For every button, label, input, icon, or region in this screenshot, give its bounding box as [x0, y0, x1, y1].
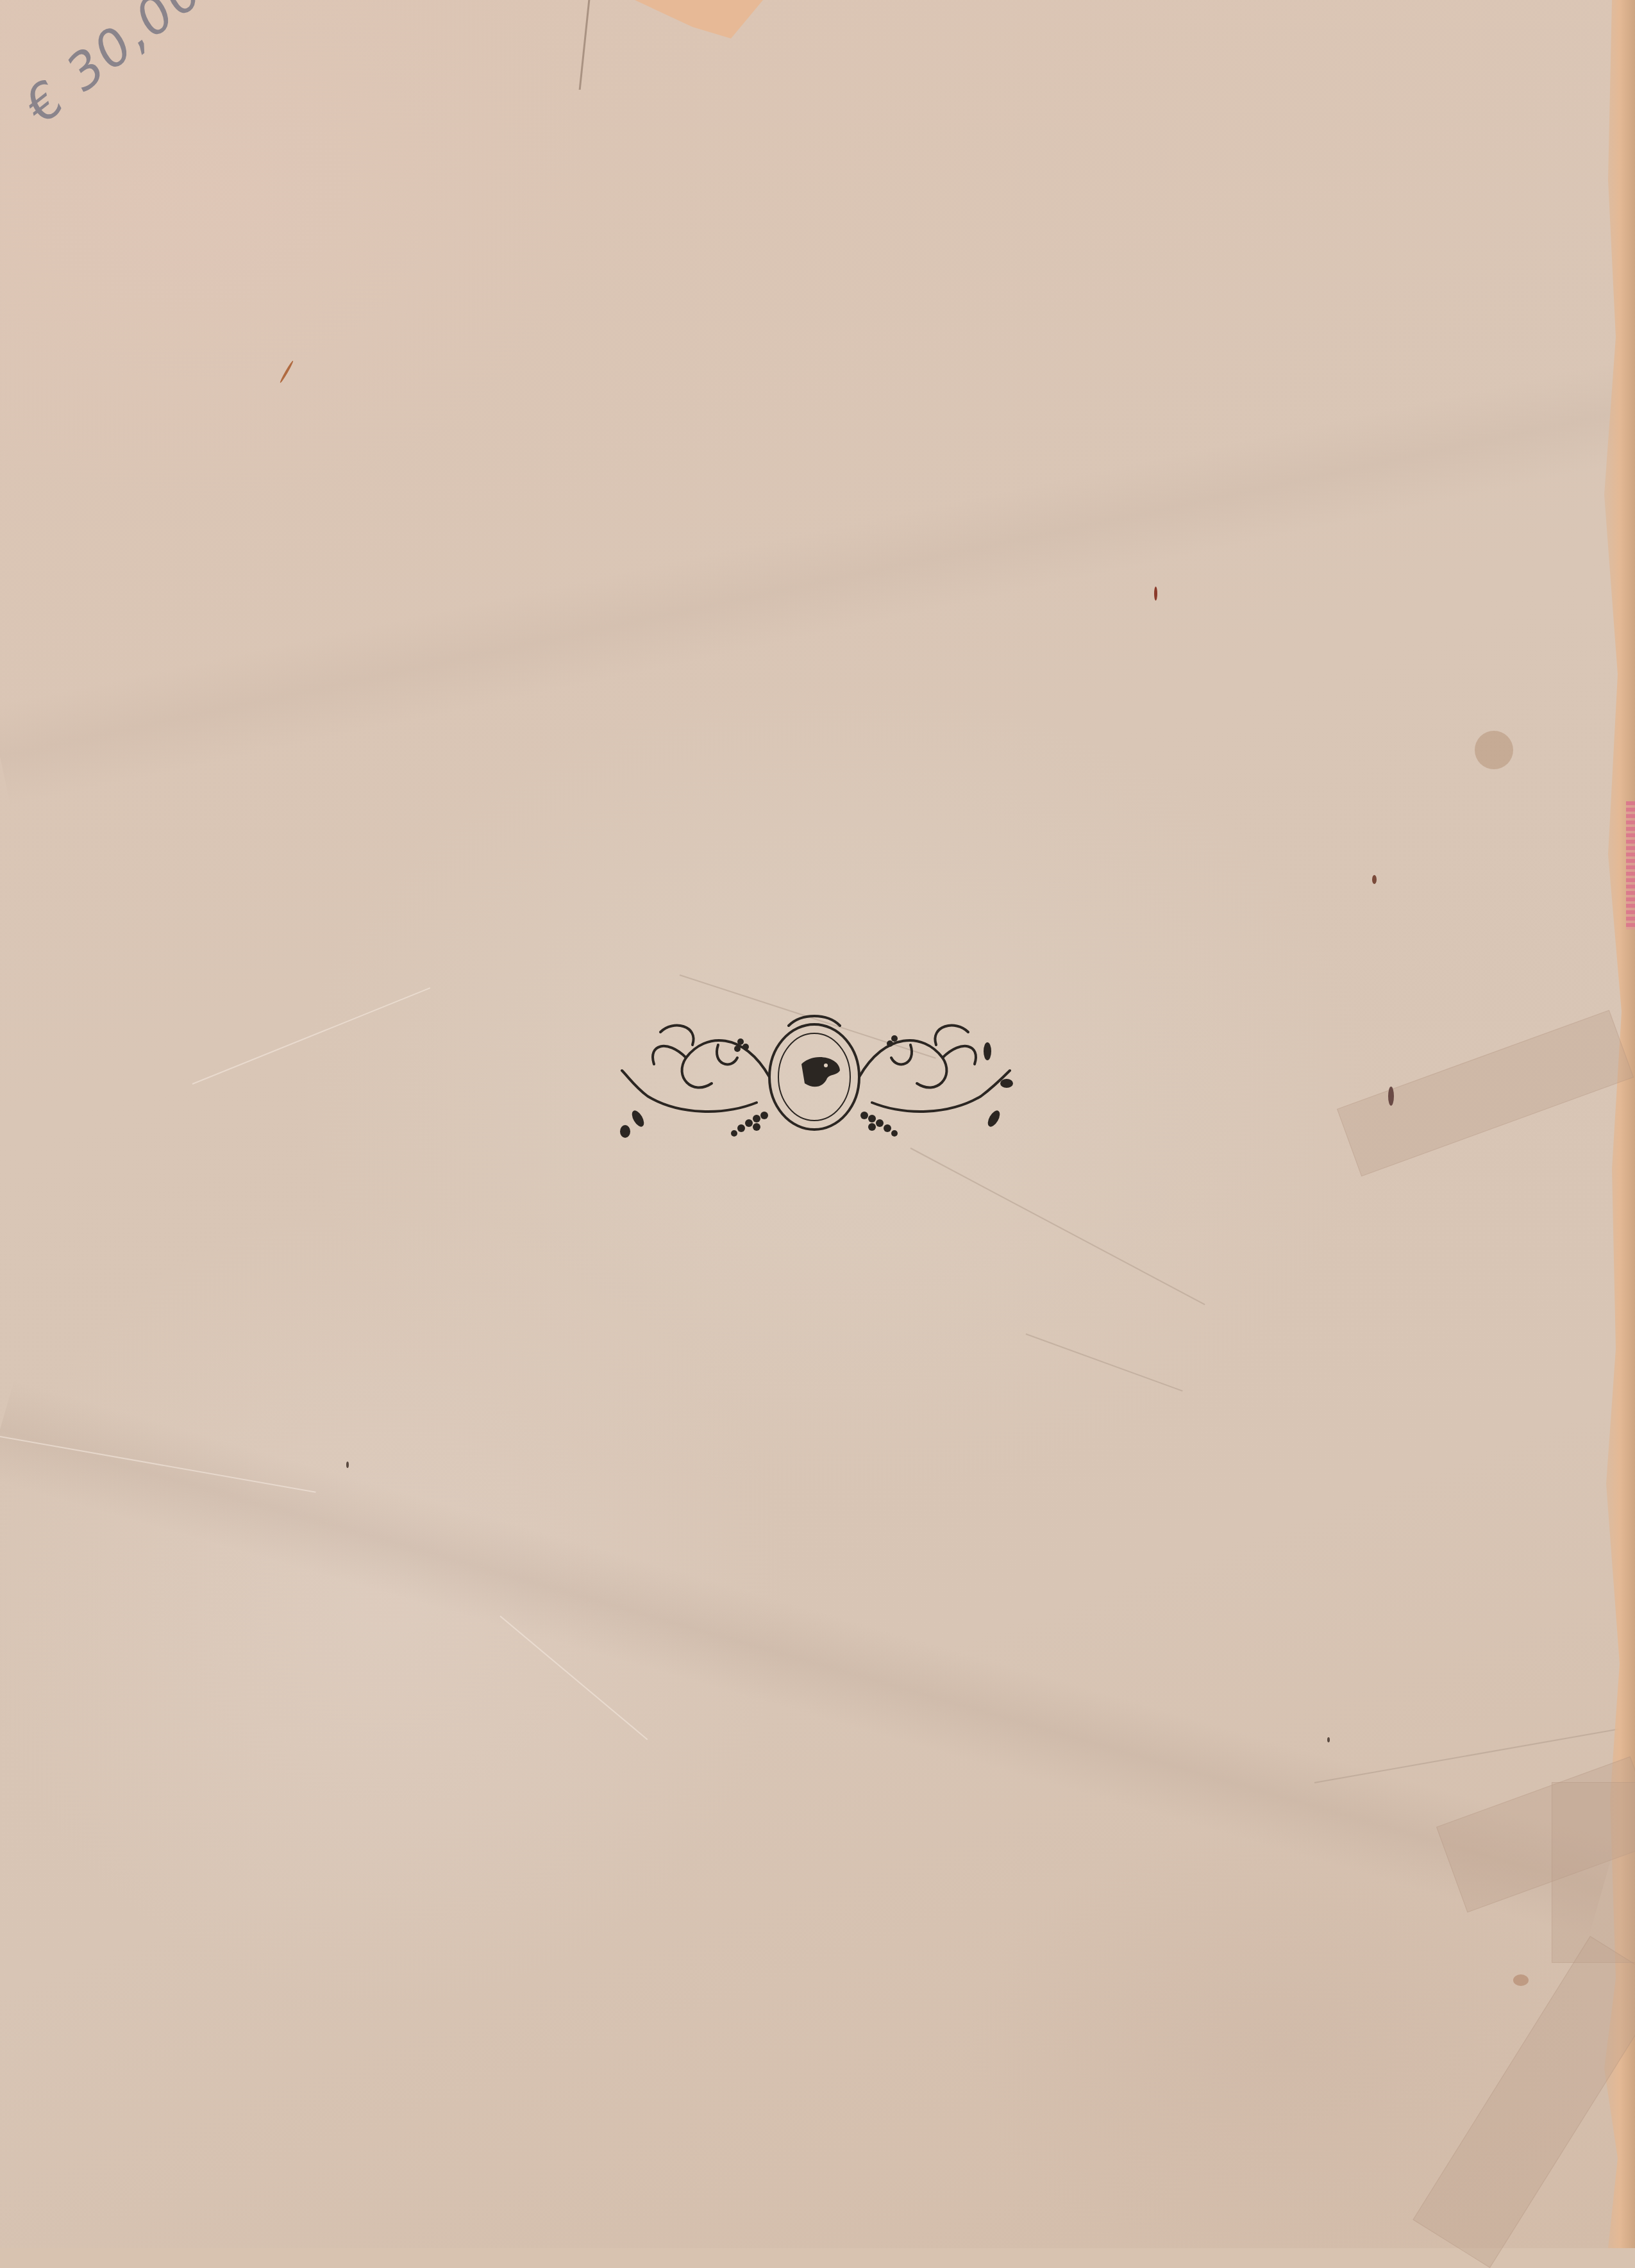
foxing-stain — [1513, 1974, 1529, 1986]
tape-repair — [1552, 1782, 1635, 1963]
handwritten-price-note: € 30,00 — [14, 0, 214, 135]
tape-repair — [1337, 1010, 1634, 1176]
crease — [192, 987, 431, 1085]
eagle-ornament-icon — [609, 1006, 1026, 1147]
pink-stain — [1626, 801, 1635, 930]
fold-shadow — [0, 360, 1635, 806]
crease — [910, 1147, 1205, 1305]
ink-speck — [1154, 587, 1157, 601]
foxing-stain — [1475, 731, 1513, 769]
ink-speck — [1388, 1087, 1394, 1106]
fold-shadow — [0, 1380, 1616, 1938]
ink-speck — [1372, 875, 1377, 884]
document-page: € 30,00 — [0, 0, 1635, 2248]
top-edge-tear — [635, 0, 763, 38]
ink-speck — [1327, 1737, 1330, 1742]
top-edge-tear — [553, 0, 591, 90]
ink-speck — [346, 1462, 349, 1468]
crease — [1026, 1333, 1183, 1392]
ink-speck — [279, 360, 294, 384]
printers-ornament — [609, 1006, 1026, 1147]
